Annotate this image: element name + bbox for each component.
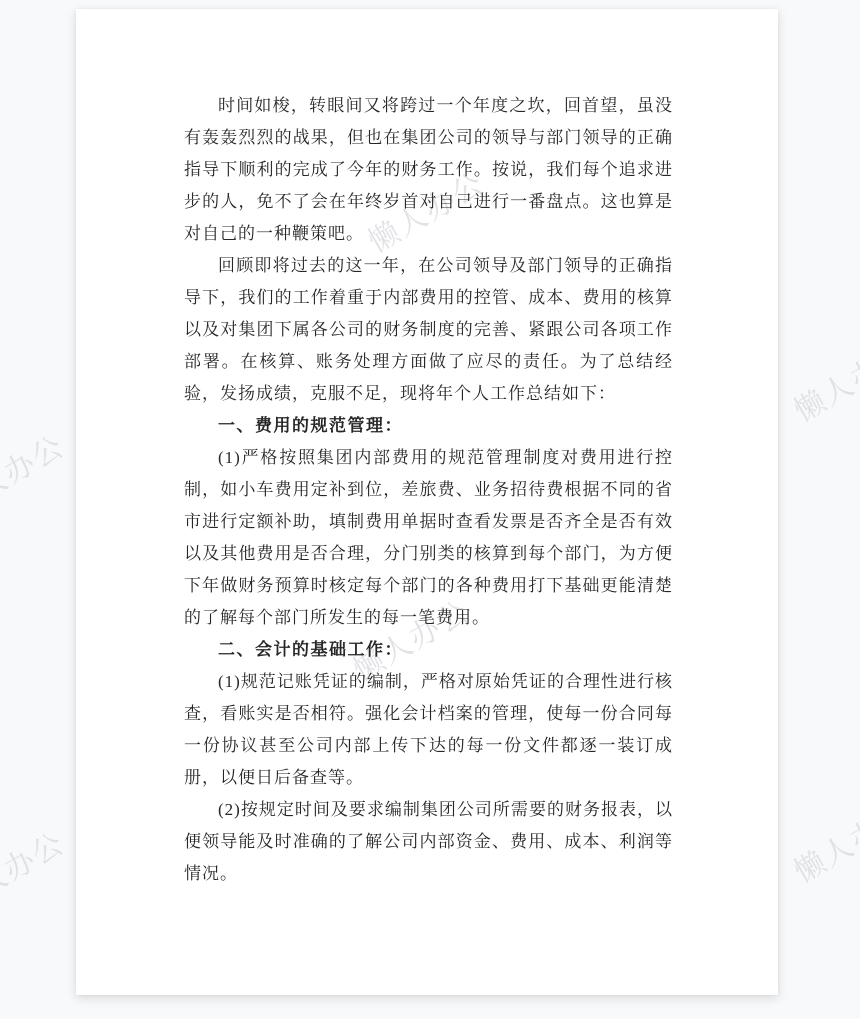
section-heading: 二、会计的基础工作： (184, 634, 673, 666)
paragraph: (2)按规定时间及要求编制集团公司所需要的财务报表，以便领导能及时准确的了解公司… (184, 794, 673, 890)
paragraph: 回顾即将过去的这一年，在公司领导及部门领导的正确指导下，我们的工作着重于内部费用… (184, 250, 673, 410)
document-content: 时间如梭，转眼间又将跨过一个年度之坎，回首望，虽没有轰轰烈烈的战果，但也在集团公… (184, 90, 673, 890)
paragraph: 时间如梭，转眼间又将跨过一个年度之坎，回首望，虽没有轰轰烈烈的战果，但也在集团公… (184, 90, 673, 250)
section-heading: 一、费用的规范管理： (184, 410, 673, 442)
paragraph: (1)规范记账凭证的编制，严格对原始凭证的合理性进行核查，看账实是否相符。强化会… (184, 666, 673, 794)
watermark-text: 懒人办公 (0, 819, 71, 921)
document-viewer-canvas: { "watermark": { "text": "懒人办公" }, "docu… (0, 0, 860, 1019)
watermark-text: 懒人办公 (785, 789, 860, 891)
watermark-text: 懒人办公 (0, 422, 71, 524)
paragraph: (1)严格按照集团内部费用的规范管理制度对费用进行控制，如小车费用定补到位，差旅… (184, 442, 673, 634)
watermark-text: 懒人办公 (785, 328, 860, 430)
